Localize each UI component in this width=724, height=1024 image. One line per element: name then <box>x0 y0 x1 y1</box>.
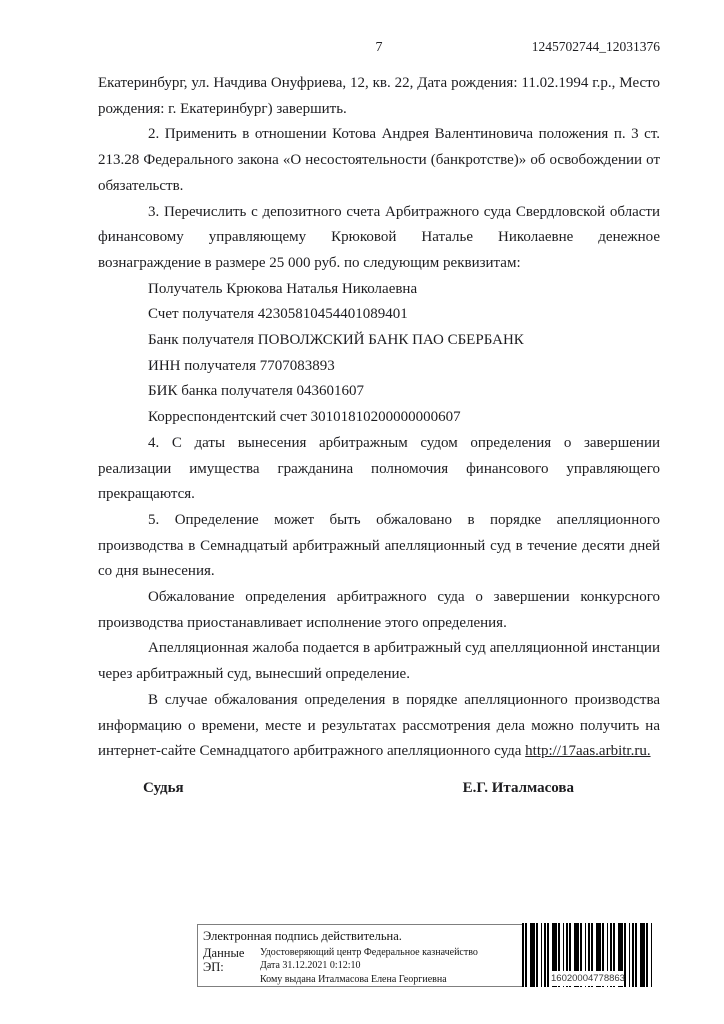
signature-row: Судья Е.Г. Италмасова <box>98 776 660 802</box>
paragraph-address-continuation: Екатеринбург, ул. Начдива Онуфриева, 12,… <box>98 71 660 122</box>
paragraph-appeal-info: В случае обжалования определения в поряд… <box>98 688 660 765</box>
page-number: 7 <box>376 39 383 57</box>
stamp-date-line: Дата 31.12.2021 0:12:10 <box>260 959 478 972</box>
requisite-line-bank: Банк получателя ПОВОЛЖСКИЙ БАНК ПАО СБЕР… <box>98 328 660 354</box>
electronic-signature-stamp: Электронная подпись действительна. Данны… <box>197 924 527 987</box>
paragraph-resolution-3: 3. Перечислить с депозитного счета Арбит… <box>98 200 660 277</box>
document-content: 7 1245702744_12031376 Екатеринбург, ул. … <box>98 38 660 802</box>
requisite-line-recipient: Получатель Крюкова Наталья Николаевна <box>98 277 660 303</box>
court-website-link[interactable]: http://17aas.arbitr.ru. <box>525 743 650 759</box>
requisite-line-bik: БИК банка получателя 043601607 <box>98 379 660 405</box>
paragraph-resolution-4: 4. С даты вынесения арбитражным судом оп… <box>98 431 660 508</box>
stamp-details: Удостоверяющий центр Федеральное казначе… <box>260 946 478 986</box>
requisite-line-account: Счет получателя 42305810454401089401 <box>98 302 660 328</box>
requisite-line-corr-account: Корреспондентский счет 30101810200000000… <box>98 405 660 431</box>
document-id: 1245702744_12031376 <box>532 39 660 54</box>
barcode-number: 16020004778863 <box>551 971 623 986</box>
paragraph-appeal-filing: Апелляционная жалоба подается в арбитраж… <box>98 636 660 687</box>
stamp-valid-text: Электронная подпись действительна. <box>203 928 526 945</box>
stamp-data-row: Данные ЭП: Удостоверяющий центр Федераль… <box>203 946 526 986</box>
header-right: 1245702744_12031376 <box>383 38 661 56</box>
stamp-issued-to-line: Кому выдана Италмасова Елена Георгиевна <box>260 973 478 986</box>
paragraph-resolution-5: 5. Определение может быть обжаловано в п… <box>98 508 660 585</box>
paragraph-resolution-2: 2. Применить в отношении Котова Андрея В… <box>98 122 660 199</box>
stamp-data-label: Данные ЭП: <box>203 946 260 986</box>
paragraph-appeal-suspension: Обжалование определения арбитражного суд… <box>98 585 660 636</box>
requisite-line-inn: ИНН получателя 7707083893 <box>98 354 660 380</box>
document-page: 7 1245702744_12031376 Екатеринбург, ул. … <box>0 0 724 1024</box>
judge-name: Е.Г. Италмасова <box>463 776 574 802</box>
page-header: 7 1245702744_12031376 <box>98 38 660 57</box>
barcode: 16020004778863 <box>522 923 653 987</box>
judge-role-label: Судья <box>143 776 184 802</box>
stamp-certificate-authority-line: Удостоверяющий центр Федеральное казначе… <box>260 946 478 959</box>
